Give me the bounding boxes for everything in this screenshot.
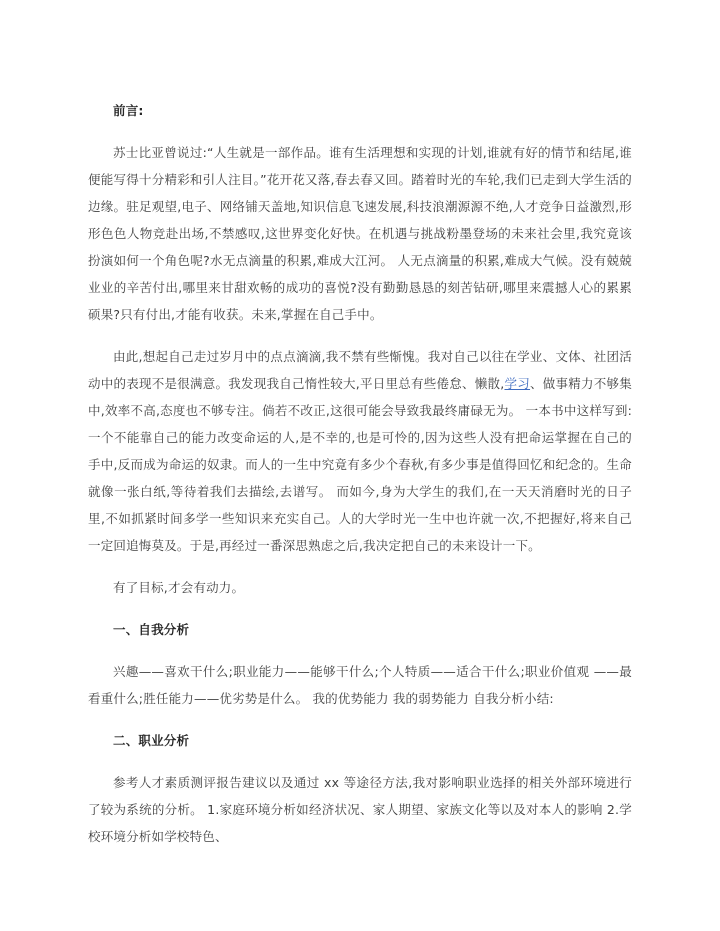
paragraph-reflection-text-after: 、做事精力不够集中,效率不高,态度也不够专注。倘若不改正,这很可能会导致我最终庸… [88,376,632,553]
paragraph-motivation: 有了目标,才会有动力。 [88,574,632,601]
paragraph-reflection: 由此,想起自己走过岁月中的点点滴滴,我不禁有些惭愧。我对自己以往在学业、文体、社… [88,343,632,559]
paragraph-intro: 苏士比亚曾说过:“人生就是一部作品。谁有生活理想和实现的计划,谁就有好的情节和结… [88,139,632,328]
document-page: 前言: 苏士比亚曾说过:“人生就是一部作品。谁有生活理想和实现的计划,谁就有好的… [0,0,720,931]
section-heading-career-analysis: 二、职业分析 [88,727,632,754]
paragraph-intro-text: 苏士比亚曾说过:“人生就是一部作品。谁有生活理想和实现的计划,谁就有好的情节和结… [88,145,632,322]
section-body-self-analysis: 兴趣——喜欢干什么;职业能力——能够干什么;个人特质——适合干什么;职业价值观 … [88,658,632,712]
section-heading-self-analysis: 一、自我分析 [88,616,632,643]
study-hyperlink[interactable]: 学习 [504,376,530,391]
section-body-career-analysis: 参考人才素质测评报告建议以及通过 xx 等途径方法,我对影响职业选择的相关外部环… [88,769,632,850]
preface-heading: 前言: [88,97,632,124]
